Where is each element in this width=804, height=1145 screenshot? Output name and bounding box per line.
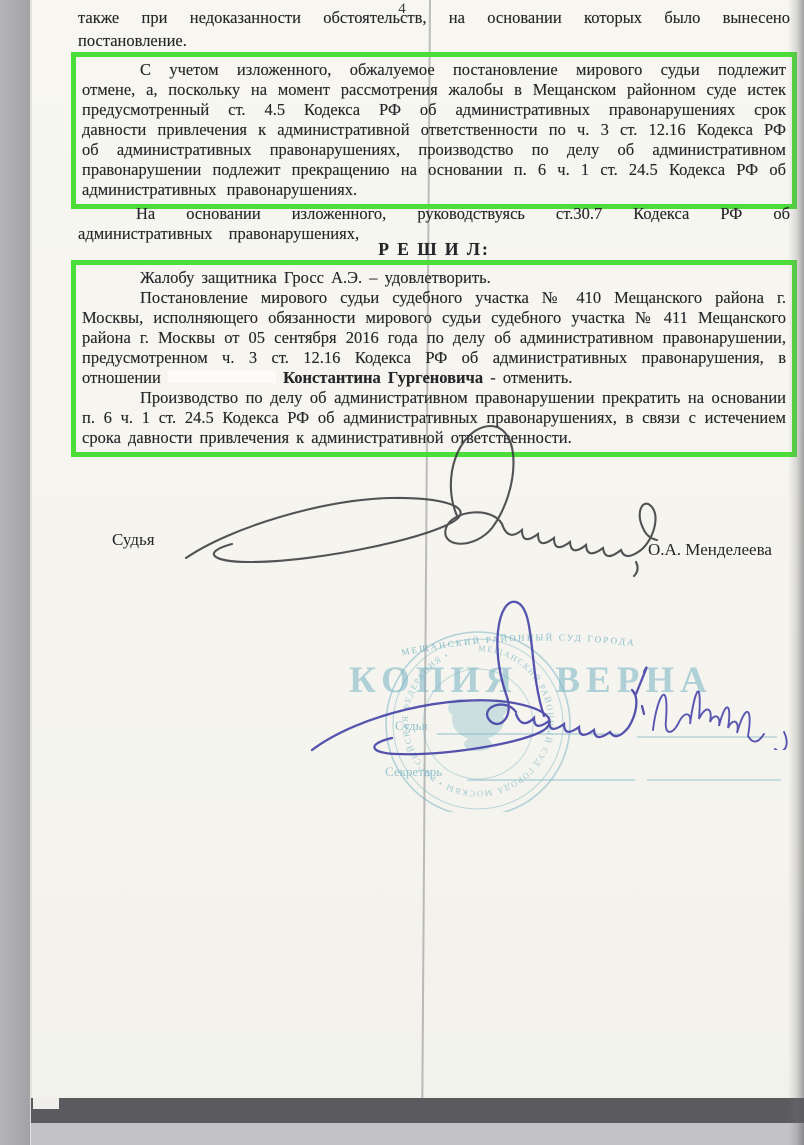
intro-paragraph: также при недоказанности обстоятельств, … [78, 6, 790, 52]
redacted-name-area [168, 370, 276, 383]
scan-band-dark [31, 1098, 804, 1123]
decision-paragraph-1: Жалобу защитника Гросс А.Э. – удовлетвор… [82, 268, 786, 288]
paper-edge-shadow-right [788, 0, 804, 1145]
highlight-box-1: С учетом изложенного, обжалуемое постано… [71, 52, 797, 209]
basis-paragraph: На основании изложенного, руководствуясь… [78, 204, 790, 244]
scan-band-notch [33, 1098, 59, 1109]
judge-signature-strokes [186, 426, 657, 576]
certifier-handwriting-strokes [653, 692, 787, 750]
decision-paragraph-2-tail: - отменить. [490, 368, 572, 387]
judge-signature-ink [140, 420, 660, 600]
scan-band-light [31, 1123, 804, 1145]
secretary-signature-strokes [312, 602, 646, 754]
highlighted-paragraph-1: С учетом изложенного, обжалуемое постано… [82, 60, 786, 200]
decision-paragraph-2: Постановление мирового судьи судебного у… [82, 288, 786, 388]
scan-bed-left-strip [0, 0, 30, 1145]
defendant-name: Константина Гургеновича [283, 368, 483, 387]
certifier-handwriting-ink [645, 648, 800, 750]
judge-name: О.А. Менделеева [648, 540, 772, 560]
secretary-signature-ink [300, 598, 700, 770]
scanned-court-decision-page: 4 также при недоказанности обстоятельств… [0, 0, 804, 1145]
decision-heading: Р Е Ш И Л: [78, 239, 790, 260]
